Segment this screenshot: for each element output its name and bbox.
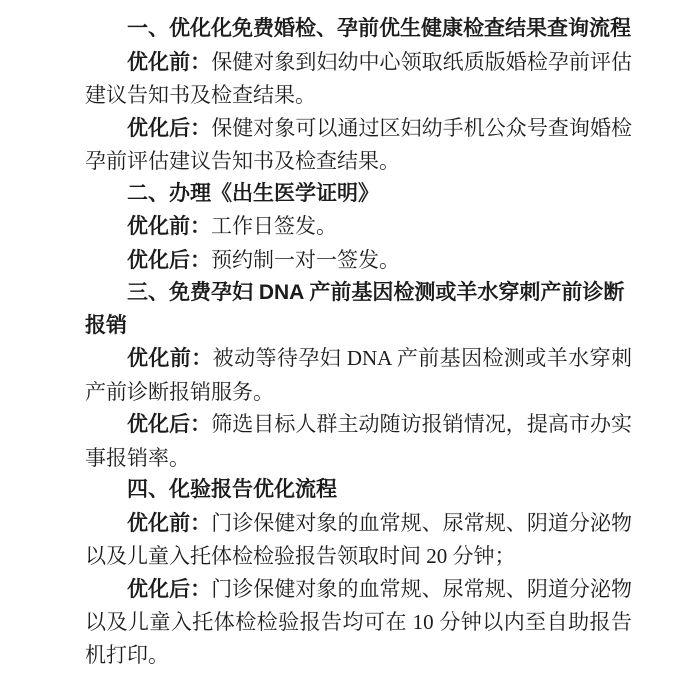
paragraph-label-before: 优化前： bbox=[127, 512, 211, 535]
section-2-paragraph-after: 优化后：预约制一对一签发。 bbox=[85, 244, 632, 278]
section-3-paragraph-before: 优化前：被动等待孕妇 DNA 产前基因检测或羊水穿刺产前诊断报销服务。 bbox=[85, 342, 632, 408]
section-1-heading: 一、优化化免费婚检、孕前优生健康检查结果查询流程 bbox=[85, 13, 632, 46]
paragraph-text: 工作日签发。 bbox=[211, 214, 337, 238]
section-3-paragraph-after: 优化后：筛选目标人群主动随访报销情况，提高市办实事报销率。 bbox=[85, 408, 632, 474]
section-1: 一、优化化免费婚检、孕前优生健康检查结果查询流程 优化前：保健对象到妇幼中心领取… bbox=[85, 13, 632, 178]
paragraph-label-after: 优化后： bbox=[127, 117, 211, 140]
section-2: 二、办理《出生医学证明》 优化前：工作日签发。 优化后：预约制一对一签发。 bbox=[85, 178, 632, 278]
paragraph-label-after: 优化后： bbox=[127, 413, 211, 436]
section-4-paragraph-after: 优化后：门诊保健对象的血常规、尿常规、阴道分泌物以及儿童入托体检检验报告均可在 … bbox=[85, 573, 632, 672]
paragraph-label-before: 优化前： bbox=[127, 51, 211, 74]
paragraph-label-after: 优化后： bbox=[127, 249, 211, 272]
section-2-heading: 二、办理《出生医学证明》 bbox=[85, 178, 632, 211]
paragraph-label-before: 优化前： bbox=[127, 215, 211, 238]
paragraph-label-before: 优化前： bbox=[127, 347, 213, 370]
paragraph-label-after: 优化后： bbox=[127, 578, 211, 601]
section-3: 三、免费孕妇 DNA 产前基因检测或羊水穿刺产前诊断报销 优化前：被动等待孕妇 … bbox=[85, 277, 632, 474]
paragraph-text: 预约制一对一签发。 bbox=[211, 248, 400, 272]
section-1-paragraph-after: 优化后：保健对象可以通过区妇幼手机公众号查询婚检孕前评估建议告知书及检查结果。 bbox=[85, 112, 632, 178]
section-2-paragraph-before: 优化前：工作日签发。 bbox=[85, 210, 632, 244]
section-1-paragraph-before: 优化前：保健对象到妇幼中心领取纸质版婚检孕前评估建议告知书及检查结果。 bbox=[85, 46, 632, 112]
section-3-heading: 三、免费孕妇 DNA 产前基因检测或羊水穿刺产前诊断报销 bbox=[85, 277, 632, 342]
document-page: 一、优化化免费婚检、孕前优生健康检查结果查询流程 优化前：保健对象到妇幼中心领取… bbox=[0, 0, 700, 687]
section-4-heading: 四、化验报告优化流程 bbox=[85, 474, 632, 507]
section-4: 四、化验报告优化流程 优化前：门诊保健对象的血常规、尿常规、阴道分泌物以及儿童入… bbox=[85, 474, 632, 671]
section-4-paragraph-before: 优化前：门诊保健对象的血常规、尿常规、阴道分泌物以及儿童入托体检检验报告领取时间… bbox=[85, 507, 632, 573]
document-body: 一、优化化免费婚检、孕前优生健康检查结果查询流程 优化前：保健对象到妇幼中心领取… bbox=[85, 13, 632, 671]
